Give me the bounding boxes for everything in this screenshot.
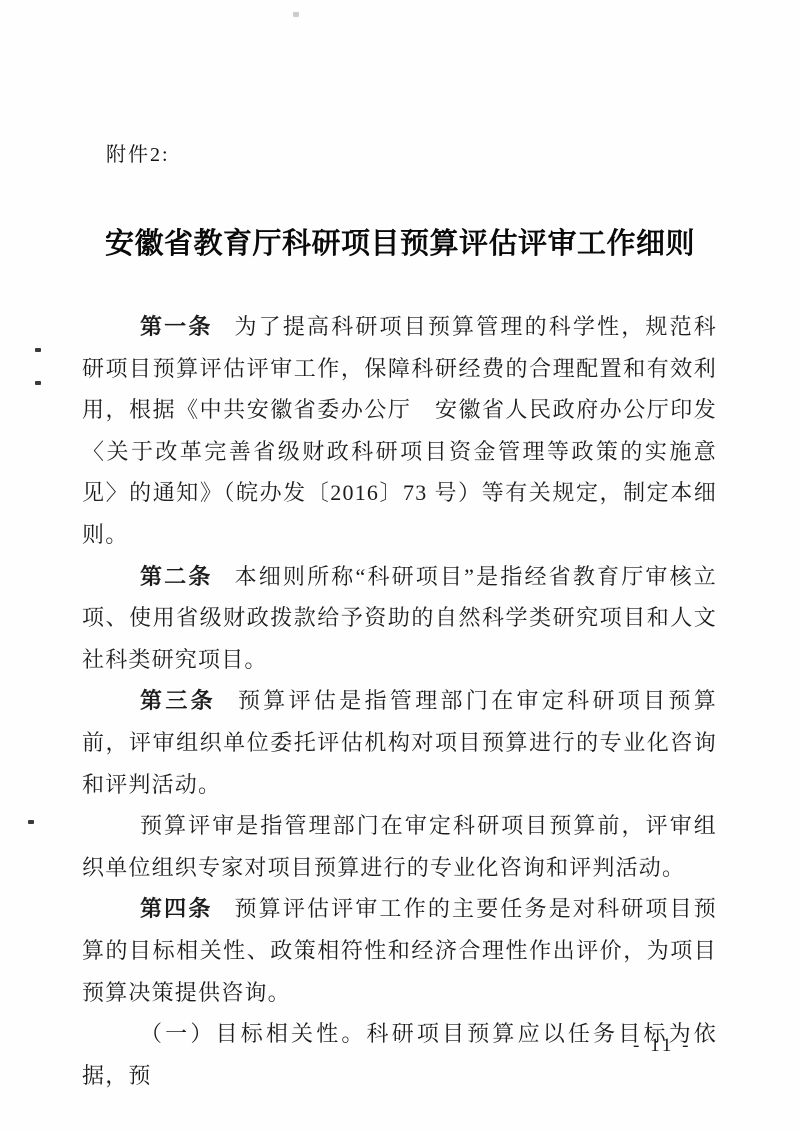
scan-speck — [35, 348, 41, 352]
paragraph-article-3: 第三条预算评估是指管理部门在审定科研项目预算前，评审组织单位委托评估机构对项目预… — [82, 680, 717, 805]
paragraph-article-1: 第一条为了提高科研项目预算管理的科学性，规范科研项目预算评估评审工作，保障科研经… — [82, 306, 717, 556]
paragraph-item-1: （一）目标相关性。科研项目预算应以任务目标为依据，预 — [82, 1013, 717, 1096]
scan-speck — [293, 12, 299, 17]
document-title: 安徽省教育厅科研项目预算评估评审工作细则 — [0, 221, 800, 262]
scan-speck — [35, 381, 41, 385]
paragraph-article-4: 第四条预算评估评审工作的主要任务是对科研项目预算的目标相关性、政策相符性和经济合… — [82, 888, 717, 1013]
paragraph-budget-review-text: 预算评审是指管理部门在审定科研项目预算前，评审组织单位组织专家对项目预算进行的专… — [82, 813, 717, 880]
article-4-number: 第四条 — [140, 896, 213, 921]
attachment-label: 附件2: — [106, 138, 170, 167]
article-1-text: 为了提高科研项目预算管理的科学性，规范科研项目预算评估评审工作，保障科研经费的合… — [82, 314, 717, 547]
article-2-number: 第二条 — [140, 564, 213, 589]
article-3-number: 第三条 — [140, 688, 216, 713]
scan-speck — [28, 820, 34, 824]
paragraph-article-2: 第二条本细则所称“科研项目”是指经省教育厅审核立项、使用省级财政拨款给予资助的自… — [82, 556, 717, 681]
article-1-number: 第一条 — [140, 314, 213, 339]
paragraph-budget-review: 预算评审是指管理部门在审定科研项目预算前，评审组织单位组织专家对项目预算进行的专… — [82, 805, 717, 888]
page-number: - 11 - — [633, 1035, 691, 1057]
document-body: 第一条为了提高科研项目预算管理的科学性，规范科研项目预算评估评审工作，保障科研经… — [82, 306, 717, 1096]
document-page: 附件2: 安徽省教育厅科研项目预算评估评审工作细则 第一条为了提高科研项目预算管… — [0, 0, 800, 1131]
paragraph-item-1-text: （一）目标相关性。科研项目预算应以任务目标为依据，预 — [82, 1021, 717, 1088]
